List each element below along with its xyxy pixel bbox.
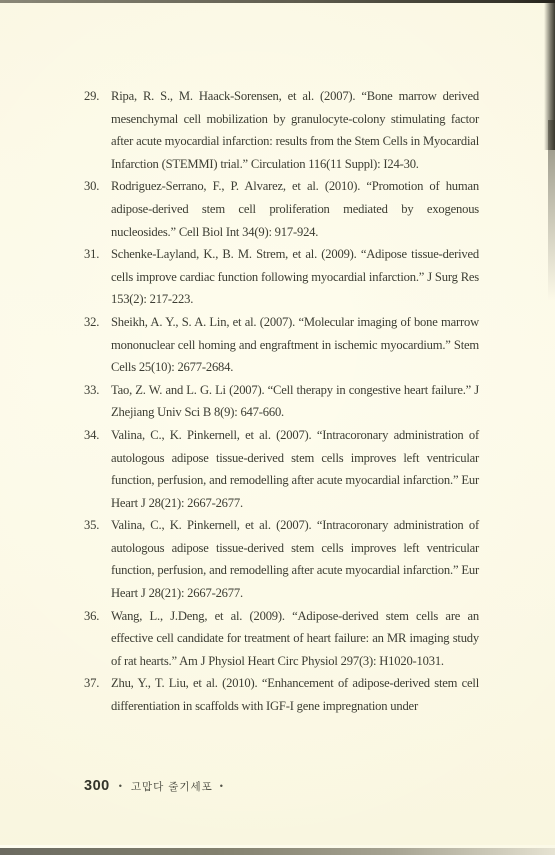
page-right-edge-shadow <box>548 120 555 300</box>
reference-number: 37. <box>84 672 111 695</box>
reference-list: 29.Ripa, R. S., M. Haack-Sorensen, et al… <box>84 85 479 718</box>
reference-number: 29. <box>84 85 111 108</box>
reference-entry: 29.Ripa, R. S., M. Haack-Sorensen, et al… <box>84 85 479 175</box>
page-bottom-scan-edge <box>0 848 555 855</box>
page-top-scan-edge <box>0 0 555 3</box>
reference-number: 36. <box>84 605 111 628</box>
reference-entry: 36.Wang, L., J.Deng, et al. (2009). “Adi… <box>84 605 479 673</box>
reference-number: 32. <box>84 311 111 334</box>
reference-entry: 30.Rodriguez-Serrano, F., P. Alvarez, et… <box>84 175 479 243</box>
reference-number: 30. <box>84 175 111 198</box>
reference-text: Ripa, R. S., M. Haack-Sorensen, et al. (… <box>111 89 479 171</box>
reference-entry: 35.Valina, C., K. Pinkernell, et al. (20… <box>84 514 479 604</box>
reference-text: Schenke-Layland, K., B. M. Strem, et al.… <box>111 247 479 306</box>
reference-number: 34. <box>84 424 111 447</box>
book-title: 고맙다 줄기세포 <box>131 779 213 794</box>
reference-number: 35. <box>84 514 111 537</box>
footer-bullet-icon: • <box>220 781 223 791</box>
reference-entry: 31.Schenke-Layland, K., B. M. Strem, et … <box>84 243 479 311</box>
reference-number: 31. <box>84 243 111 266</box>
footer-bullet-icon: • <box>119 781 122 791</box>
reference-number: 33. <box>84 379 111 402</box>
reference-entry: 34.Valina, C., K. Pinkernell, et al. (20… <box>84 424 479 514</box>
reference-entry: 37.Zhu, Y., T. Liu, et al. (2010). “Enha… <box>84 672 479 717</box>
reference-text: Valina, C., K. Pinkernell, et al. (2007)… <box>111 518 479 600</box>
scanned-book-page: 29.Ripa, R. S., M. Haack-Sorensen, et al… <box>0 0 555 855</box>
page-number: 300 <box>84 778 110 794</box>
reference-entry: 33.Tao, Z. W. and L. G. Li (2007). “Cell… <box>84 379 479 424</box>
reference-entry: 32.Sheikh, A. Y., S. A. Lin, et al. (200… <box>84 311 479 379</box>
reference-text: Tao, Z. W. and L. G. Li (2007). “Cell th… <box>111 383 479 420</box>
reference-text: Rodriguez-Serrano, F., P. Alvarez, et al… <box>111 179 479 238</box>
reference-text: Zhu, Y., T. Liu, et al. (2010). “Enhance… <box>111 676 479 713</box>
reference-text: Sheikh, A. Y., S. A. Lin, et al. (2007).… <box>111 315 479 374</box>
reference-text: Valina, C., K. Pinkernell, et al. (2007)… <box>111 428 479 510</box>
reference-text: Wang, L., J.Deng, et al. (2009). “Adipos… <box>111 609 479 668</box>
page-footer: 300 • 고맙다 줄기세포 • <box>84 776 232 796</box>
